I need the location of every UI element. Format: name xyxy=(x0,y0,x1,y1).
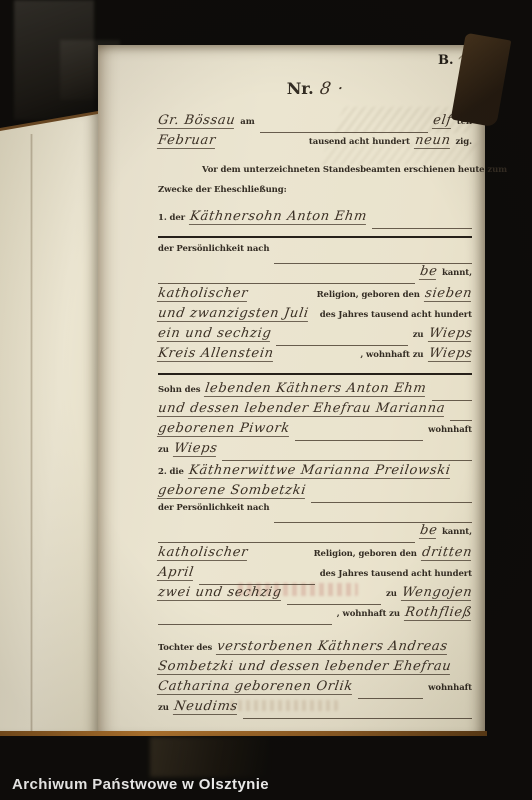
blank-line xyxy=(243,699,472,719)
handwritten-entry: geborenen Piwork xyxy=(157,421,291,437)
blank-line xyxy=(260,113,428,133)
form-row: katholischerReligion, geboren dendritten xyxy=(158,545,472,565)
form-rule xyxy=(158,373,472,375)
handwritten-entry: Catharina geborenen Orlik xyxy=(157,679,354,695)
printed-label: , wohnhaft zu xyxy=(337,609,400,619)
form-row: und dessen lebender Ehefrau Marianna xyxy=(158,401,472,421)
printed-label: des Jahres tausend acht hundert xyxy=(320,310,472,320)
handwritten-entry: Rothfließ xyxy=(404,605,473,621)
handwritten-entry: und zwanzigsten Juli xyxy=(157,306,310,322)
handwritten-entry: zwei und sechzig xyxy=(157,585,283,601)
blank-line xyxy=(158,264,415,284)
blank-line xyxy=(295,421,423,441)
book-cover-scuff xyxy=(150,737,270,777)
form-row: bekannt, xyxy=(158,523,472,543)
printed-label: Zwecke der Eheschließung: xyxy=(158,185,287,195)
handwritten-entry: Wieps xyxy=(427,346,473,362)
form-row: zwei und sechzigzuWengojen xyxy=(158,585,472,605)
printed-label: Vor dem unterzeichneten Standesbeamten e… xyxy=(202,165,507,175)
form-row: Sombetzki und dessen lebender Ehefrau xyxy=(158,659,472,679)
form-row: 2. dieKäthnerwittwe Marianna Preilowski xyxy=(158,463,472,483)
form-row: Catharina geborenen Orlikwohnhaft xyxy=(158,679,472,699)
blank-line xyxy=(311,483,472,503)
blank-line xyxy=(432,381,472,401)
form-rule xyxy=(158,236,472,238)
handwritten-entry: Sombetzki und dessen lebender Ehefrau xyxy=(157,659,453,675)
form-row: geborene Sombetzki xyxy=(158,483,472,503)
printed-label: Religion, geboren den xyxy=(317,290,420,300)
printed-label: des Jahres tausend acht hundert xyxy=(320,569,472,579)
handwritten-entry: Neudims xyxy=(173,699,239,715)
form-rows: Gr. BössauamelftenFebruartausend acht hu… xyxy=(158,113,472,719)
left-blank-page xyxy=(0,114,98,735)
page-bottom-edge xyxy=(0,731,487,736)
handwritten-entry: Februar xyxy=(157,133,217,149)
form-row: Aprildes Jahres tausend acht hundert xyxy=(158,565,472,585)
printed-label: Religion, geboren den xyxy=(314,549,417,559)
form-row: und zwanzigsten Julides Jahres tausend a… xyxy=(158,306,472,326)
handwritten-entry: Kreis Allenstein xyxy=(157,346,275,362)
blank-line xyxy=(158,605,332,625)
archive-watermark: Archiwum Państwowe w Olsztynie xyxy=(12,776,269,794)
printed-label: Tochter des xyxy=(158,643,212,653)
blank-line xyxy=(287,585,381,605)
blank-line xyxy=(450,401,472,421)
printed-label: zu xyxy=(386,589,397,599)
printed-label: der Persönlichkeit nach xyxy=(158,503,269,513)
printed-label: Sohn des xyxy=(158,385,200,395)
handwritten-entry: sieben xyxy=(424,286,473,302)
printed-label: zu xyxy=(158,445,169,455)
printed-label: zu xyxy=(413,330,424,340)
form-row: Gr. Bössauamelften xyxy=(158,113,472,133)
blank-line xyxy=(199,565,315,585)
form-row: geborenen Piworkwohnhaft xyxy=(158,421,472,441)
printed-label: , wohnhaft zu xyxy=(360,350,423,360)
handwritten-entry: katholischer xyxy=(157,545,249,561)
printed-label: tausend acht hundert xyxy=(309,137,410,147)
handwritten-entry: ein und sechzig xyxy=(157,326,273,342)
printed-label: 1. der xyxy=(158,213,185,223)
handwritten-entry: Wieps xyxy=(427,326,473,342)
marriage-record-form: Nr. 8 · Gr. BössauamelftenFebruartausend… xyxy=(158,79,472,719)
form-row: zuWieps xyxy=(158,441,472,461)
record-number-heading: Nr. 8 · xyxy=(158,79,472,105)
printed-label: kannt, xyxy=(442,268,472,278)
form-row: ein und sechzigzuWieps xyxy=(158,326,472,346)
printed-label: wohnhaft xyxy=(428,683,472,693)
form-row: Sohn deslebenden Käthners Anton Ehm xyxy=(158,381,472,401)
form-row: bekannt, xyxy=(158,264,472,284)
handwritten-entry: Gr. Bössau xyxy=(157,113,237,129)
register-page: B. 16 Nr. 8 · Gr. BössauamelftenFebruart… xyxy=(98,45,485,735)
handwritten-entry: verstorbenen Käthners Andreas xyxy=(216,639,449,655)
form-row: Zwecke der Eheschließung: xyxy=(158,185,472,205)
blank-line xyxy=(358,679,423,699)
handwritten-entry: katholischer xyxy=(157,286,249,302)
series-letter: B. xyxy=(438,54,454,67)
blank-line xyxy=(158,523,415,543)
handwritten-entry: Käthnerwittwe Marianna Preilowski xyxy=(188,463,452,479)
blank-line xyxy=(274,244,472,264)
printed-label: kannt, xyxy=(442,527,472,537)
handwritten-entry: Wengojen xyxy=(401,585,473,601)
photo-background: B. 16 Nr. 8 · Gr. BössauamelftenFebruart… xyxy=(0,0,532,800)
form-row: der Persönlichkeit nach xyxy=(158,503,472,523)
form-row: , wohnhaft zuRothfließ xyxy=(158,605,472,625)
printed-label: 2. die xyxy=(158,467,184,477)
handwritten-entry: neun xyxy=(414,133,452,149)
handwritten-entry: dritten xyxy=(421,545,473,561)
printed-label: zu xyxy=(158,703,169,713)
blank-line xyxy=(274,503,472,523)
form-row: Februartausend acht hundertneunzig. xyxy=(158,133,472,153)
record-number-value: 8 · xyxy=(318,79,345,99)
handwritten-entry: lebenden Käthners Anton Ehm xyxy=(204,381,428,397)
form-row: Kreis Allenstein, wohnhaft zuWieps xyxy=(158,346,472,366)
printed-label: wohnhaft xyxy=(428,425,472,435)
handwritten-entry: geborene Sombetzki xyxy=(157,483,307,499)
form-row: Tochter desverstorbenen Käthners Andreas xyxy=(158,639,472,659)
handwritten-entry: und dessen lebender Ehefrau Marianna xyxy=(157,401,446,417)
blank-line xyxy=(276,326,407,346)
handwritten-entry: elf xyxy=(432,113,453,129)
blank-line xyxy=(372,209,472,229)
record-number-label: Nr. xyxy=(287,79,314,98)
handwritten-entry: Wieps xyxy=(173,441,219,457)
blank-line xyxy=(222,441,472,461)
handwritten-entry: be xyxy=(418,523,438,539)
page-crease xyxy=(30,134,33,735)
handwritten-entry: April xyxy=(157,565,195,581)
printed-label: der Persönlichkeit nach xyxy=(158,244,269,254)
form-row: katholischerReligion, geboren densieben xyxy=(158,286,472,306)
form-row: Vor dem unterzeichneten Standesbeamten e… xyxy=(158,165,472,185)
handwritten-entry: be xyxy=(418,264,438,280)
form-row: 1. derKäthnersohn Anton Ehm xyxy=(158,209,472,229)
form-row: der Persönlichkeit nach xyxy=(158,244,472,264)
handwritten-entry: Käthnersohn Anton Ehm xyxy=(189,209,368,225)
form-row: zuNeudims xyxy=(158,699,472,719)
printed-label: zig. xyxy=(455,137,472,147)
printed-label: am xyxy=(240,117,254,127)
